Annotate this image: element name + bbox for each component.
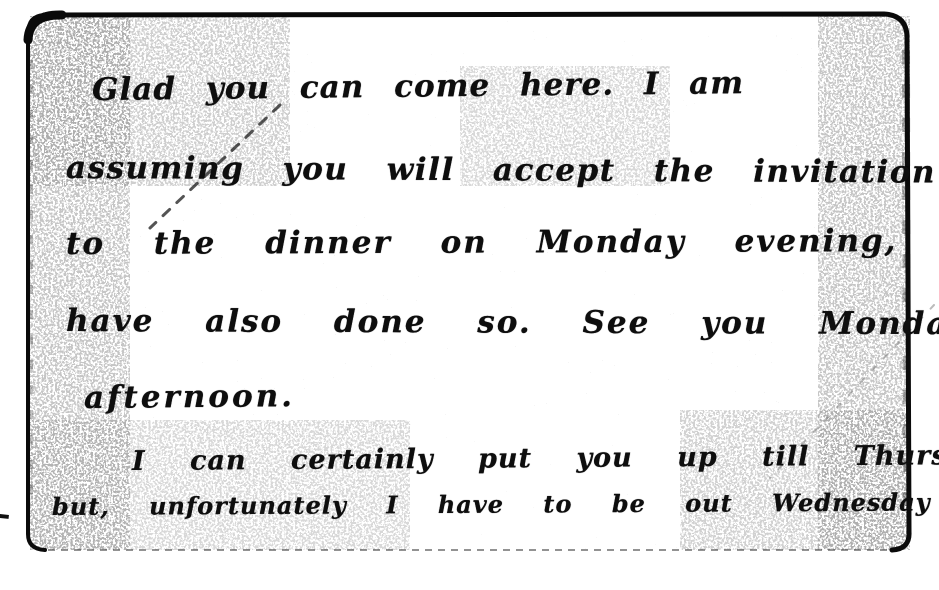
handwriting-line-4: have also done so. See you Monday: [66, 303, 939, 342]
scanned-handwritten-note: Glad you can come here. I am assuming yo…: [0, 0, 939, 590]
handwriting-line-5: afternoon.: [84, 378, 295, 416]
handwriting-layer: Glad you can come here. I am assuming yo…: [0, 0, 939, 590]
handwriting-line-3: to the dinner on Monday evening, as I: [66, 223, 939, 262]
handwriting-line-1: Glad you can come here. I am: [92, 65, 744, 108]
handwriting-line-7: but, unfortunately I have to be out Wedn…: [52, 487, 939, 521]
handwriting-line-2: assuming you will accept the invitation: [66, 150, 936, 191]
handwriting-line-6: I can certainly put you up till Thursday…: [132, 440, 939, 477]
